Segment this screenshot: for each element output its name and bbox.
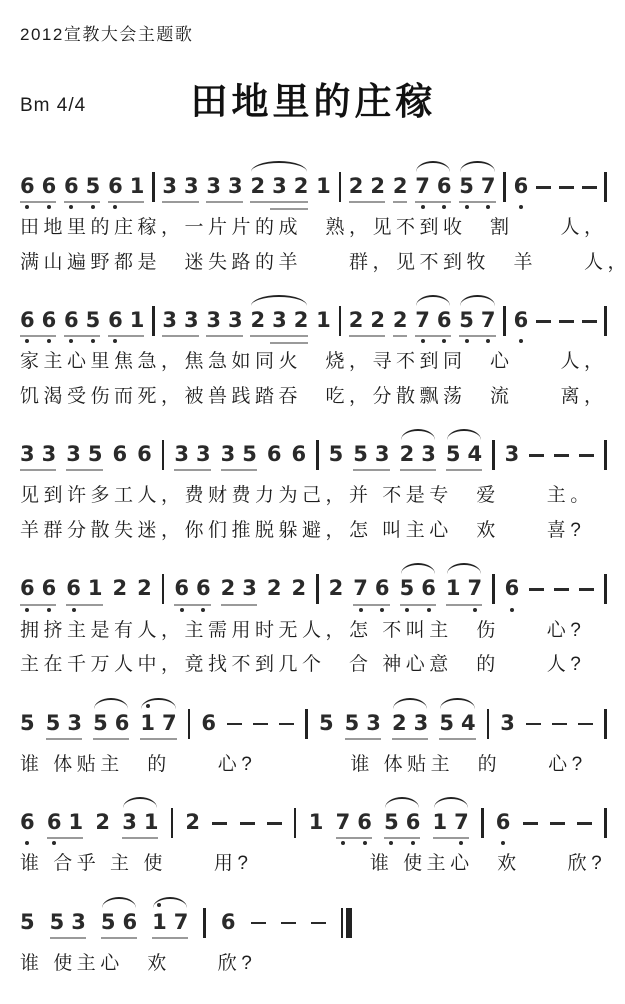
note: 5	[93, 711, 108, 735]
note-group: 61	[108, 308, 144, 337]
note: 6	[406, 810, 421, 834]
low-octave-dot	[411, 841, 415, 845]
note-group: 2	[95, 810, 110, 834]
note: 6	[66, 576, 81, 600]
held-beat-dash	[554, 588, 569, 591]
note-digit: 5	[20, 910, 35, 934]
lyric-line: 谁 使主心 欢 欣?	[20, 950, 607, 979]
low-octave-dot	[519, 205, 523, 209]
low-octave-dot	[421, 339, 425, 343]
note: 6	[267, 442, 282, 466]
note: 6	[113, 442, 128, 466]
note-group: 56	[384, 810, 420, 839]
note: 2	[250, 308, 265, 332]
note: 6	[201, 711, 216, 735]
note-digit: 1	[144, 810, 159, 834]
note: 7	[353, 576, 368, 600]
note-group: 5	[20, 910, 35, 934]
note: 5	[20, 711, 35, 735]
note: 6	[221, 910, 236, 934]
note-digit: 5	[20, 711, 35, 735]
low-octave-dot	[465, 339, 469, 343]
slur-arc	[416, 161, 450, 172]
note: 6	[514, 308, 529, 332]
note-digit: 2	[294, 174, 309, 198]
held-beat-dash	[536, 320, 551, 323]
low-octave-dot	[113, 205, 117, 209]
note-digit: 6	[201, 711, 216, 735]
note-digit: 6	[20, 174, 35, 198]
note: 5	[242, 442, 257, 466]
note-digit: 6	[514, 174, 529, 198]
note: 3	[20, 442, 35, 466]
note-group: 65	[64, 308, 100, 337]
note-digit: 5	[439, 711, 454, 735]
note-group: 53	[50, 910, 86, 939]
music-system: 6665613333232122276576家主心里焦急，焦急如同火 烧，寻不到…	[20, 293, 607, 411]
note: 3	[414, 711, 429, 735]
note: 6	[137, 442, 152, 466]
note-digit: 2	[349, 174, 364, 198]
note-group: 17	[152, 910, 188, 939]
note-digit: 3	[366, 711, 381, 735]
key-signature: Bm 4/4	[20, 95, 86, 117]
note-digit: 3	[42, 442, 57, 466]
note-group: 22	[349, 308, 385, 337]
note-digit: 1	[316, 174, 331, 198]
note-group: 6	[137, 442, 152, 466]
note-group: 33	[206, 174, 242, 203]
lyric-line: 满山遍野都是 迷失路的羊 群，见不到牧 羊 人，	[20, 249, 607, 278]
note-digit: 5	[384, 810, 399, 834]
note-digit: 2	[392, 711, 407, 735]
note: 3	[162, 174, 177, 198]
note: 2	[113, 576, 128, 600]
note-digit: 6	[221, 910, 236, 934]
note-group: 6	[267, 442, 282, 466]
low-octave-dot	[47, 608, 51, 612]
note: 7	[481, 174, 496, 198]
notation-row: 66612266232227656176	[20, 561, 607, 605]
note-digit: 4	[467, 442, 482, 466]
low-octave-dot	[25, 841, 29, 845]
low-octave-dot	[69, 205, 73, 209]
barline	[339, 306, 342, 336]
note-digit: 2	[329, 576, 344, 600]
note-digit: 6	[137, 442, 152, 466]
held-beat-dash	[526, 723, 541, 726]
note-group: 23	[392, 711, 428, 740]
note-digit: 3	[66, 442, 81, 466]
note: 3	[221, 442, 236, 466]
note-group: 2	[137, 576, 152, 600]
note-group: 5	[329, 442, 344, 466]
note-digit: 1	[130, 308, 145, 332]
note-digit: 3	[20, 442, 35, 466]
held-beat-dash	[227, 723, 242, 726]
held-beat-dash	[550, 822, 565, 825]
lyric-line: 主在千万人中，竟找不到几个 合 神心意 的 人?	[20, 651, 607, 680]
note-group: 53	[345, 711, 381, 740]
note: 2	[185, 810, 200, 834]
held-beat-dash	[579, 588, 594, 591]
note-digit: 2	[95, 810, 110, 834]
note: 7	[336, 810, 351, 834]
note: 2	[95, 810, 110, 834]
slur-arc	[251, 161, 307, 172]
note-digit: 2	[185, 810, 200, 834]
note-digit: 2	[393, 174, 408, 198]
note: 3	[375, 442, 390, 466]
note-digit: 2	[250, 174, 265, 198]
note-group: 22	[349, 174, 385, 203]
note-digit: 2	[250, 308, 265, 332]
note-group: 6	[221, 910, 236, 934]
note: 1	[68, 810, 83, 834]
note-group: 23	[400, 442, 436, 471]
note-digit: 6	[174, 576, 189, 600]
note-group: 56	[101, 910, 137, 939]
slur-arc	[123, 797, 157, 808]
held-beat-dash	[529, 588, 544, 591]
music-system: 33356633356655323543见到许多工人，费财费力为己，并 不是专 …	[20, 427, 607, 545]
slur-arc	[447, 563, 481, 574]
note-digit: 7	[467, 576, 482, 600]
note-digit: 1	[446, 576, 461, 600]
note: 6	[42, 308, 57, 332]
sheet-music-page: 2012宣教大会主题歌 Bm 4/4 田地里的庄稼 66656133332321…	[0, 0, 625, 1004]
note: 6	[496, 810, 511, 834]
note-digit: 2	[370, 308, 385, 332]
note-digit: 2	[113, 576, 128, 600]
note-digit: 3	[242, 576, 257, 600]
low-octave-dot	[113, 339, 117, 343]
low-octave-dot	[519, 339, 523, 343]
note: 5	[384, 810, 399, 834]
held-beat-dash	[552, 723, 567, 726]
note-digit: 6	[20, 308, 35, 332]
note-group: 33	[206, 308, 242, 337]
low-octave-dot	[486, 205, 490, 209]
note: 3	[421, 442, 436, 466]
note: 3	[242, 576, 257, 600]
low-octave-dot	[47, 339, 51, 343]
note-group: 53	[353, 442, 389, 471]
note-group: 76	[415, 308, 451, 337]
note-digit: 6	[64, 174, 79, 198]
slur-arc	[251, 295, 307, 306]
note-digit: 6	[196, 576, 211, 600]
note-digit: 3	[71, 910, 86, 934]
held-beat-dash	[578, 723, 593, 726]
low-octave-dot	[201, 608, 205, 612]
note-digit: 6	[292, 442, 307, 466]
note: 3	[228, 308, 243, 332]
note-group: 76	[415, 174, 451, 203]
note-digit: 5	[86, 174, 101, 198]
note: 2	[267, 576, 282, 600]
note-digit: 5	[88, 442, 103, 466]
note-digit: 5	[345, 711, 360, 735]
low-octave-dot	[380, 608, 384, 612]
note: 7	[415, 174, 430, 198]
final-barline-thin	[341, 908, 344, 938]
note: 5	[88, 442, 103, 466]
note-group: 33	[20, 442, 56, 471]
held-beat-dash	[212, 822, 227, 825]
slur-arc	[385, 797, 419, 808]
note: 4	[461, 711, 476, 735]
note-digit: 3	[228, 308, 243, 332]
note-group: 66	[20, 174, 56, 203]
note-group: 76	[336, 810, 372, 839]
low-octave-dot	[427, 608, 431, 612]
note-digit: 6	[375, 576, 390, 600]
slur-arc	[447, 429, 481, 440]
note-digit: 7	[481, 308, 496, 332]
note: 3	[500, 711, 515, 735]
note-digit: 7	[353, 576, 368, 600]
note: 4	[467, 442, 482, 466]
note: 5	[353, 442, 368, 466]
note: 7	[467, 576, 482, 600]
note: 3	[228, 174, 243, 198]
held-beat-dash	[279, 723, 294, 726]
note-digit: 6	[113, 442, 128, 466]
note-group: 61	[66, 576, 102, 605]
note: 7	[162, 711, 177, 735]
note-digit: 5	[101, 910, 116, 934]
note-digit: 1	[140, 711, 155, 735]
note: 6	[375, 576, 390, 600]
note-digit: 6	[47, 810, 62, 834]
note: 3	[66, 442, 81, 466]
note-group: 2	[393, 308, 408, 337]
notation-row: 661231217656176	[20, 795, 607, 839]
note-group: 66	[174, 576, 210, 605]
held-beat-dash	[253, 723, 268, 726]
note-digit: 2	[267, 576, 282, 600]
note: 2	[292, 576, 307, 600]
note-digit: 6	[20, 810, 35, 834]
note: 5	[459, 174, 474, 198]
note-group: 6	[514, 174, 529, 198]
lyric-line: 饥渴受伤而死，被兽践踏吞 吃，分散飘荡 流 离，	[20, 383, 607, 412]
note-group: 31	[122, 810, 158, 839]
high-octave-dot	[157, 903, 161, 907]
slur-arc	[434, 797, 468, 808]
note-digit: 3	[414, 711, 429, 735]
held-beat-dash	[281, 922, 296, 925]
note: 5	[50, 910, 65, 934]
note: 6	[421, 576, 436, 600]
note-group: 2	[185, 810, 200, 834]
note-group: 23	[221, 576, 257, 605]
note: 3	[174, 442, 189, 466]
note-digit: 1	[130, 174, 145, 198]
slur-arc	[393, 698, 427, 709]
note: 2	[400, 442, 415, 466]
music-system: 66612266232227656176拥挤主是有人，主需用时无人，怎 不叫主 …	[20, 561, 607, 679]
note-digit: 5	[329, 442, 344, 466]
barline	[604, 306, 607, 336]
lyric-line: 见到许多工人，费财费力为己，并 不是专 爱 主。	[20, 482, 607, 511]
note-group: 2	[329, 576, 344, 600]
note: 5	[46, 711, 61, 735]
barline	[492, 440, 495, 470]
note-digit: 6	[406, 810, 421, 834]
note-digit: 3	[221, 442, 236, 466]
note: 3	[206, 174, 221, 198]
barline	[604, 172, 607, 202]
barline	[604, 808, 607, 838]
slur-arc	[401, 429, 435, 440]
note-digit: 6	[421, 576, 436, 600]
notation-row: 6665613333232122276576	[20, 159, 607, 203]
note-group: 56	[93, 711, 129, 740]
low-octave-dot	[72, 608, 76, 612]
note: 1	[309, 810, 324, 834]
note: 6	[357, 810, 372, 834]
note-group: 66	[20, 576, 56, 605]
note-digit: 3	[184, 308, 199, 332]
note-group: 6	[292, 442, 307, 466]
low-octave-dot	[442, 205, 446, 209]
note: 1	[130, 174, 145, 198]
low-octave-dot	[91, 205, 95, 209]
low-octave-dot	[501, 841, 505, 845]
note: 5	[459, 308, 474, 332]
note-digit: 1	[152, 910, 167, 934]
notation-row: 55356176	[20, 895, 607, 939]
note-group: 6	[20, 810, 35, 834]
barline	[487, 709, 490, 739]
note: 6	[64, 308, 79, 332]
note-digit: 5	[93, 711, 108, 735]
note: 1	[316, 174, 331, 198]
note-digit: 7	[174, 910, 189, 934]
note-digit: 3	[421, 442, 436, 466]
slur-arc	[94, 698, 128, 709]
low-octave-dot	[459, 841, 463, 845]
low-octave-dot	[341, 841, 345, 845]
note-group: 2	[292, 576, 307, 600]
note-digit: 3	[272, 174, 287, 198]
note-group: 3	[505, 442, 520, 466]
note: 6	[437, 174, 452, 198]
note: 6	[47, 810, 62, 834]
lyric-line: 拥挤主是有人，主需用时无人，怎 不叫主 伤 心?	[20, 617, 607, 646]
notation-row: 5535617655323543	[20, 696, 607, 740]
note-digit: 3	[122, 810, 137, 834]
note-digit: 3	[196, 442, 211, 466]
note: 5	[400, 576, 415, 600]
music-system: 661231217656176谁 合乎 主 使 用? 谁 使主心 欢 欣?	[20, 795, 607, 879]
note-group: 35	[66, 442, 102, 471]
note-digit: 3	[228, 174, 243, 198]
note: 2	[392, 711, 407, 735]
note-digit: 2	[294, 308, 309, 332]
note: 5	[319, 711, 334, 735]
note: 7	[415, 308, 430, 332]
note-digit: 7	[162, 711, 177, 735]
note-digit: 6	[42, 576, 57, 600]
music-system: 6665613333232122276576田地里的庄稼，一片片的成 熟，见不到…	[20, 159, 607, 277]
low-octave-dot	[69, 339, 73, 343]
held-beat-dash	[582, 320, 597, 323]
note: 2	[393, 174, 408, 198]
note: 6	[123, 910, 138, 934]
note: 1	[144, 810, 159, 834]
note-digit: 5	[446, 442, 461, 466]
note: 1	[446, 576, 461, 600]
note-digit: 2	[393, 308, 408, 332]
note-digit: 6	[20, 576, 35, 600]
held-beat-dash	[523, 822, 538, 825]
note: 2	[294, 308, 309, 332]
barline	[481, 808, 484, 838]
note-group: 1	[309, 810, 324, 834]
note: 6	[20, 576, 35, 600]
held-beat-dash	[559, 186, 574, 189]
note-digit: 6	[42, 174, 57, 198]
low-octave-dot	[91, 339, 95, 343]
barline	[162, 574, 165, 604]
note-digit: 5	[86, 308, 101, 332]
note-group: 3	[500, 711, 515, 735]
note-digit: 5	[50, 910, 65, 934]
barline	[339, 172, 342, 202]
note-digit: 2	[370, 174, 385, 198]
note-digit: 6	[514, 308, 529, 332]
held-beat-dash	[240, 822, 255, 825]
note-digit: 1	[88, 576, 103, 600]
note-digit: 1	[309, 810, 324, 834]
score: 6665613333232122276576田地里的庄稼，一片片的成 熟，见不到…	[20, 159, 607, 978]
note: 2	[221, 576, 236, 600]
double-underline	[270, 208, 309, 210]
note-digit: 7	[481, 174, 496, 198]
note-digit: 5	[46, 711, 61, 735]
note: 5	[20, 910, 35, 934]
note-group: 1	[316, 174, 331, 198]
barline	[171, 808, 174, 838]
held-beat-dash	[311, 922, 326, 925]
held-beat-dash	[577, 822, 592, 825]
note-digit: 5	[459, 308, 474, 332]
note: 1	[140, 711, 155, 735]
note-digit: 6	[437, 174, 452, 198]
lyric-line: 谁 合乎 主 使 用? 谁 使主心 欢 欣?	[20, 850, 607, 879]
note: 6	[505, 576, 520, 600]
note-digit: 6	[108, 308, 123, 332]
barline	[604, 709, 607, 739]
held-beat-dash	[529, 454, 544, 457]
note-digit: 6	[505, 576, 520, 600]
note-digit: 3	[500, 711, 515, 735]
note: 6	[64, 174, 79, 198]
note-digit: 1	[68, 810, 83, 834]
note: 2	[370, 308, 385, 332]
low-octave-dot	[510, 608, 514, 612]
note-group: 232	[250, 308, 308, 337]
note: 1	[433, 810, 448, 834]
low-octave-dot	[25, 205, 29, 209]
note: 1	[152, 910, 167, 934]
note-group: 232	[250, 174, 308, 203]
low-octave-dot	[442, 339, 446, 343]
note-group: 17	[446, 576, 482, 605]
